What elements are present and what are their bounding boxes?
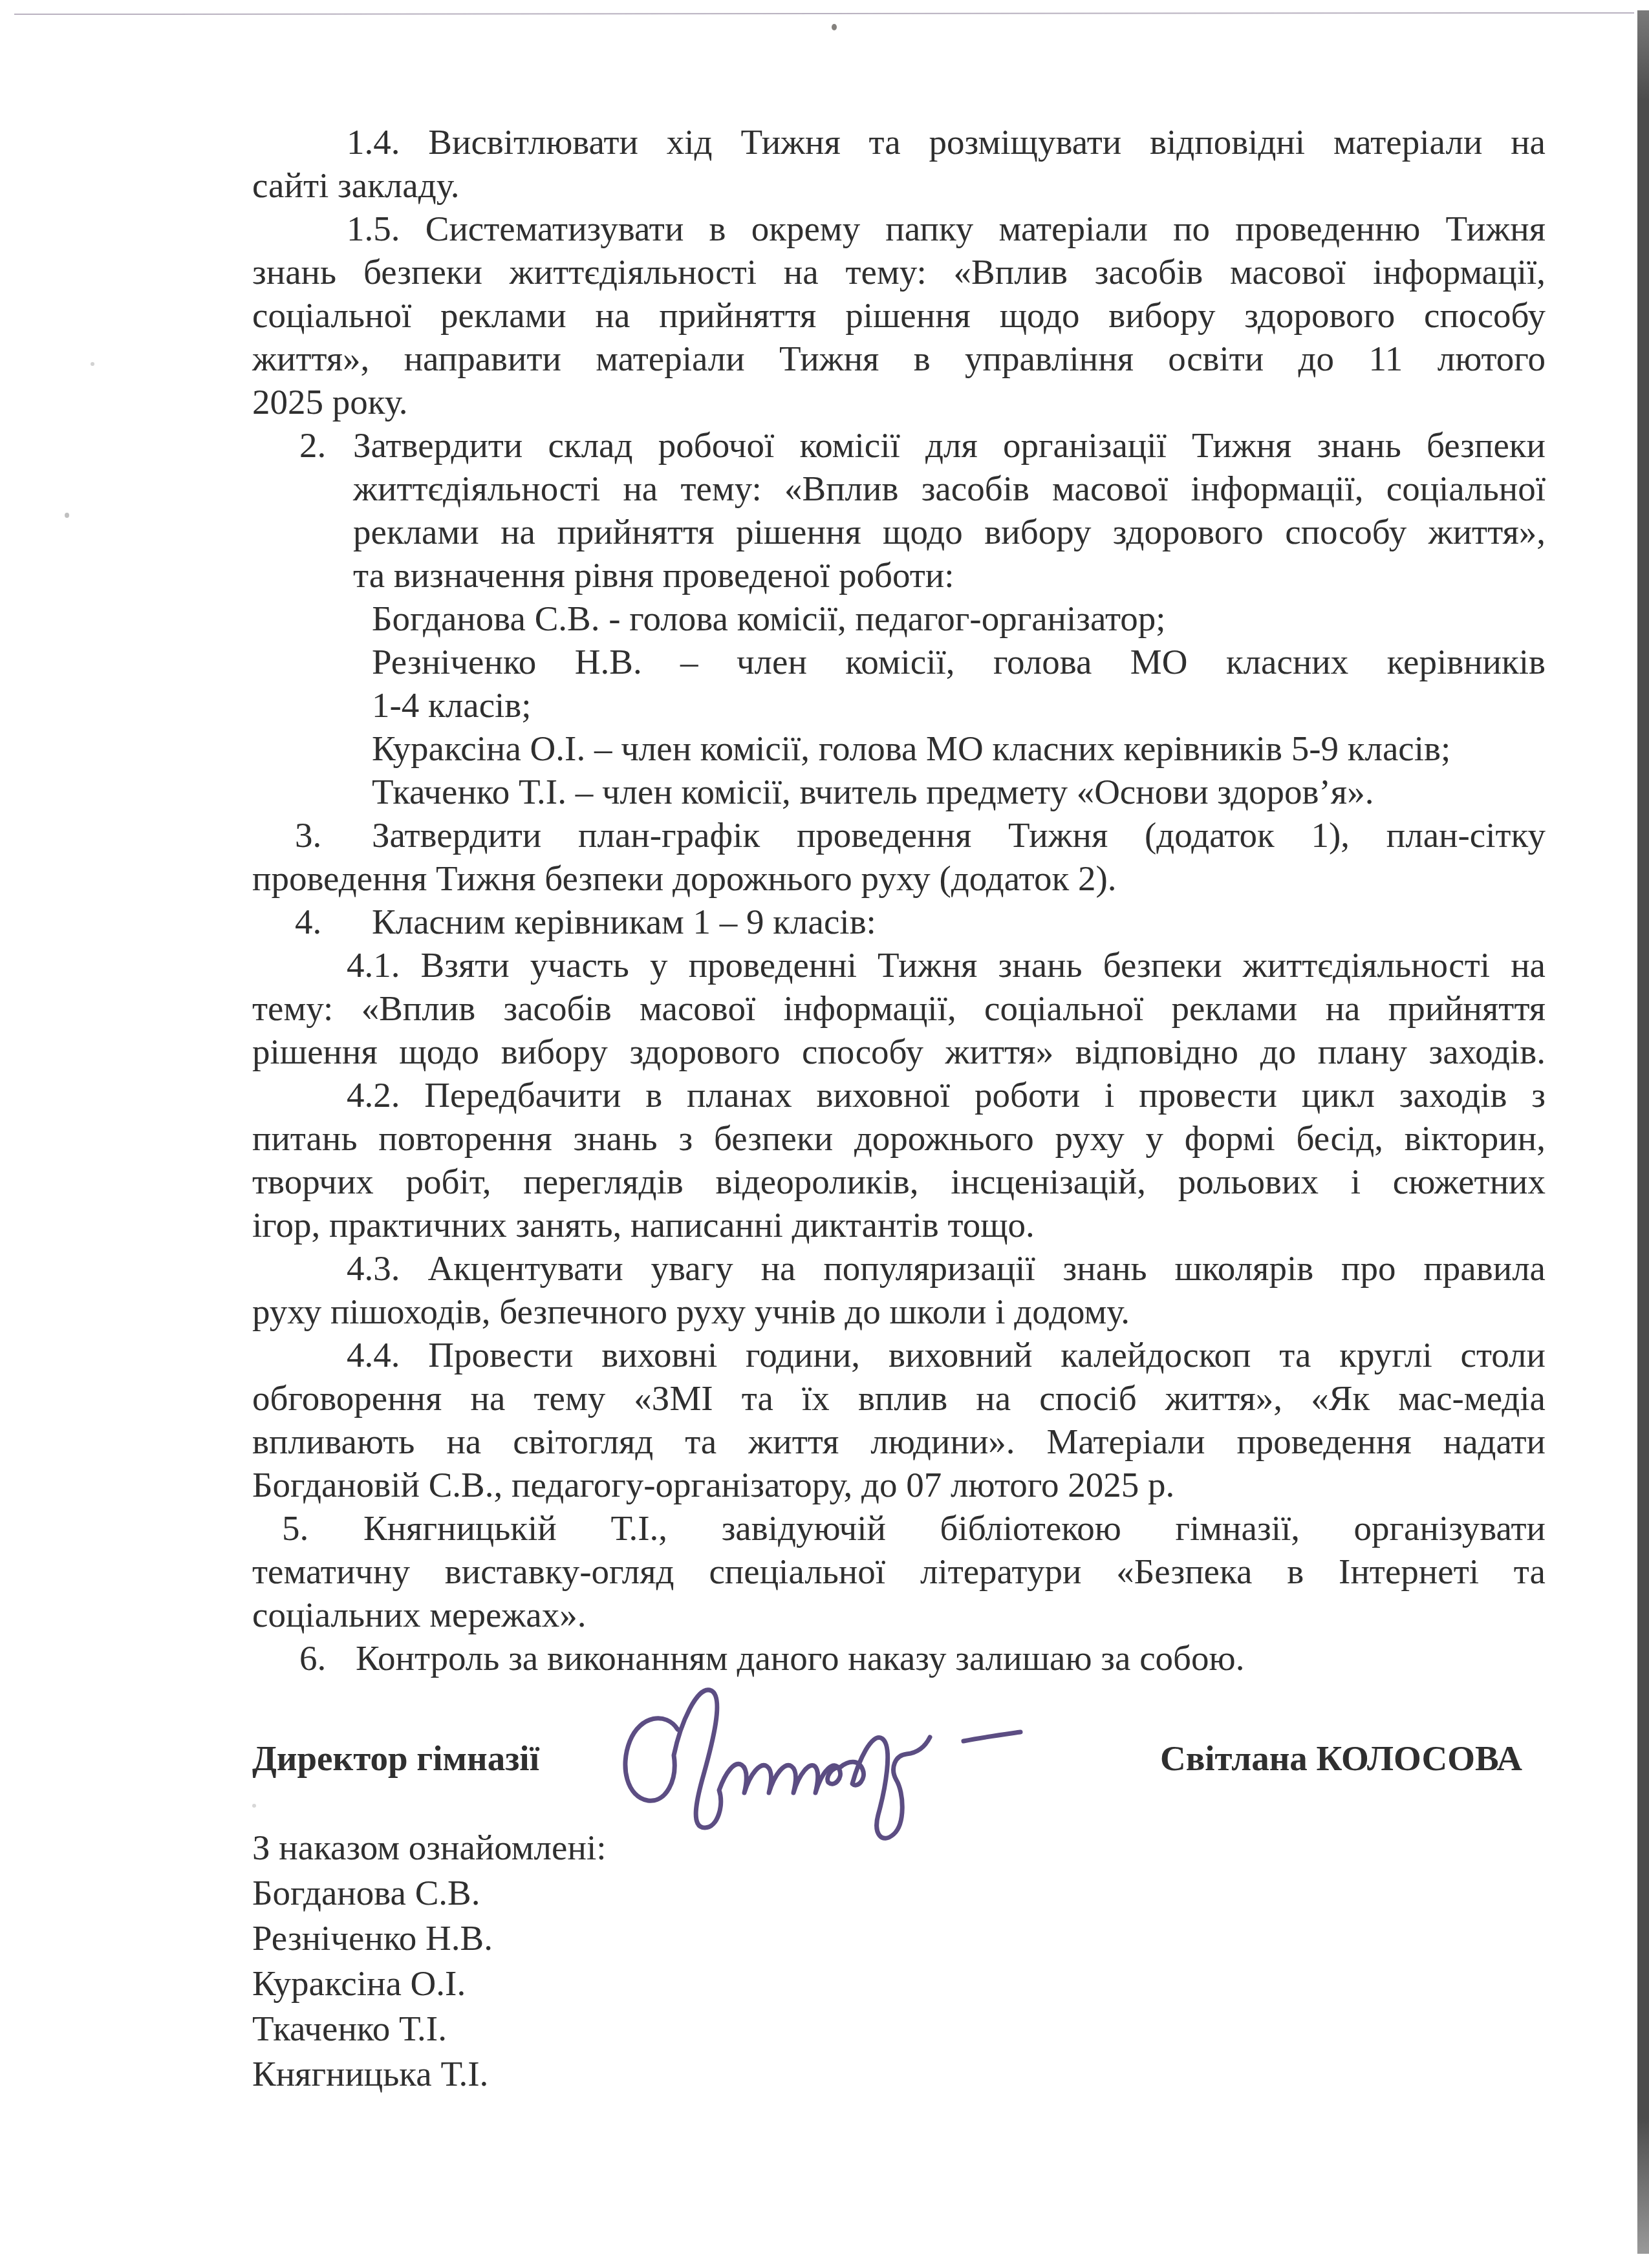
- paragraph-4-1-line-2: тему: «Вплив засобів масової інформації,…: [252, 987, 1546, 1030]
- paragraph-4-4-line-1: 4.4. Провести виховні години, виховний к…: [252, 1333, 1546, 1376]
- acknowledged-name: Кураксіна О.І.: [252, 1961, 1546, 2006]
- committee-member-kuraksina: Кураксіна О.І. – член комісії, голова МО…: [372, 727, 1546, 770]
- committee-member-reznichenko-line-2: 1-4 класів;: [372, 683, 1546, 727]
- paragraph-1-5-line-1: 1.5. Систематизувати в окрему папку мате…: [252, 207, 1546, 250]
- acknowledged-name: Резніченко Н.В.: [252, 1916, 1546, 1961]
- line-text: Затвердити склад робочої комісії для орг…: [353, 425, 1546, 465]
- list-item-2-line-1: 2.Затвердити склад робочої комісії для о…: [353, 423, 1546, 467]
- list-item-4-line-1: 4.Класним керівникам 1 – 9 класів:: [252, 900, 1546, 943]
- paragraph-4-4-line-3: впливають на світогляд та життя людини».…: [252, 1420, 1546, 1463]
- acknowledged-name: Княгницька Т.І.: [252, 2051, 1546, 2097]
- acknowledged-name: Ткаченко Т.І.: [252, 2006, 1546, 2051]
- list-number: 2.: [299, 423, 326, 467]
- scan-speck: [832, 24, 837, 30]
- committee-member-reznichenko-line-1: Резніченко Н.В. – член комісії, голова М…: [372, 640, 1546, 683]
- list-item-3-line-1: 3.Затвердити план-графік проведення Тижн…: [252, 813, 1546, 857]
- paragraph-1-5-line-4: життя», направити матеріали Тижня в упра…: [252, 337, 1546, 380]
- paragraph-4-2-line-1: 4.2. Передбачити в планах виховної робот…: [252, 1073, 1546, 1117]
- paragraph-1-4-line-2: сайті закладу.: [252, 164, 1546, 207]
- line-text: Класним керівникам 1 – 9 класів:: [372, 902, 876, 941]
- list-number: 3.: [295, 813, 321, 857]
- paragraph-4-3-line-2: руху пішоходів, безпечного руху учнів до…: [252, 1290, 1546, 1333]
- acknowledgement-block: З наказом ознайомлені: Богданова С.В. Ре…: [252, 1825, 1546, 2097]
- paragraph-4-2-line-3: творчих робіт, переглядів відеороликів, …: [252, 1160, 1546, 1203]
- paragraph-4-3-line-1: 4.3. Акцентувати увагу на популяризації …: [252, 1246, 1546, 1290]
- scanned-document-page: 1.4. Висвітлювати хід Тижня та розміщува…: [0, 0, 1649, 2268]
- line-text: Затвердити план-графік проведення Тижня …: [372, 815, 1546, 855]
- list-item-2-line-3: реклами на прийняття рішення щодо вибору…: [353, 510, 1546, 553]
- signature-ink: [601, 1665, 1106, 1859]
- paragraph-1-4-line-1: 1.4. Висвітлювати хід Тижня та розміщува…: [252, 120, 1546, 164]
- scan-artifact-topline: [14, 12, 1634, 15]
- signer-name: Світлана КОЛОСОВА: [1160, 1737, 1522, 1780]
- signer-title: Директор гімназії: [252, 1737, 539, 1780]
- list-item-2-line-4: та визначення рівня проведеної роботи:: [353, 553, 1546, 597]
- line-text: Княгницькій Т.І., завідуючій бібліотекою…: [363, 1508, 1546, 1548]
- paragraph-4-2-line-4: ігор, практичних занять, написанні дикта…: [252, 1203, 1546, 1246]
- list-item-5-line-1: 5.Княгницькій Т.І., завідуючій бібліотек…: [252, 1506, 1546, 1550]
- list-item-2-line-2: життєдіяльності на тему: «Вплив засобів …: [353, 467, 1546, 510]
- paragraph-1-5-line-3: соціальної реклами на прийняття рішення …: [252, 294, 1546, 337]
- paragraph-4-1-line-3: рішення щодо вибору здорового способу жи…: [252, 1030, 1546, 1073]
- scan-speck: [65, 513, 69, 518]
- committee-member-tkachenko: Ткаченко Т.І. – член комісії, вчитель пр…: [372, 770, 1546, 813]
- list-number: 6.: [299, 1636, 326, 1680]
- paragraph-1-5-line-2: знань безпеки життєдіяльності на тему: «…: [252, 250, 1546, 294]
- list-item-5-line-3: соціальних мережах».: [252, 1593, 1546, 1636]
- acknowledged-name: Богданова С.В.: [252, 1870, 1546, 1916]
- list-number: 5.: [282, 1506, 308, 1550]
- list-item-3-line-2: проведення Тижня безпеки дорожнього руху…: [252, 857, 1546, 900]
- scan-artifact-right-edge: [1637, 10, 1649, 2254]
- paragraph-4-4-line-4: Богдановій С.В., педагогу-організатору, …: [252, 1463, 1546, 1506]
- paragraph-1-5-line-5: 2025 року.: [252, 380, 1546, 423]
- committee-member-bohdanova: Богданова С.В. - голова комісії, педагог…: [372, 597, 1546, 640]
- paragraph-4-1-line-1: 4.1. Взяти участь у проведенні Тижня зна…: [252, 943, 1546, 987]
- paragraph-4-4-line-2: обговорення на тему «ЗМІ та їх вплив на …: [252, 1376, 1546, 1420]
- list-item-5-line-2: тематичну виставку-огляд спеціальної літ…: [252, 1550, 1546, 1593]
- list-number: 4.: [295, 900, 321, 943]
- scan-speck: [91, 362, 94, 366]
- paragraph-4-2-line-2: питань повторення знань з безпеки дорожн…: [252, 1117, 1546, 1160]
